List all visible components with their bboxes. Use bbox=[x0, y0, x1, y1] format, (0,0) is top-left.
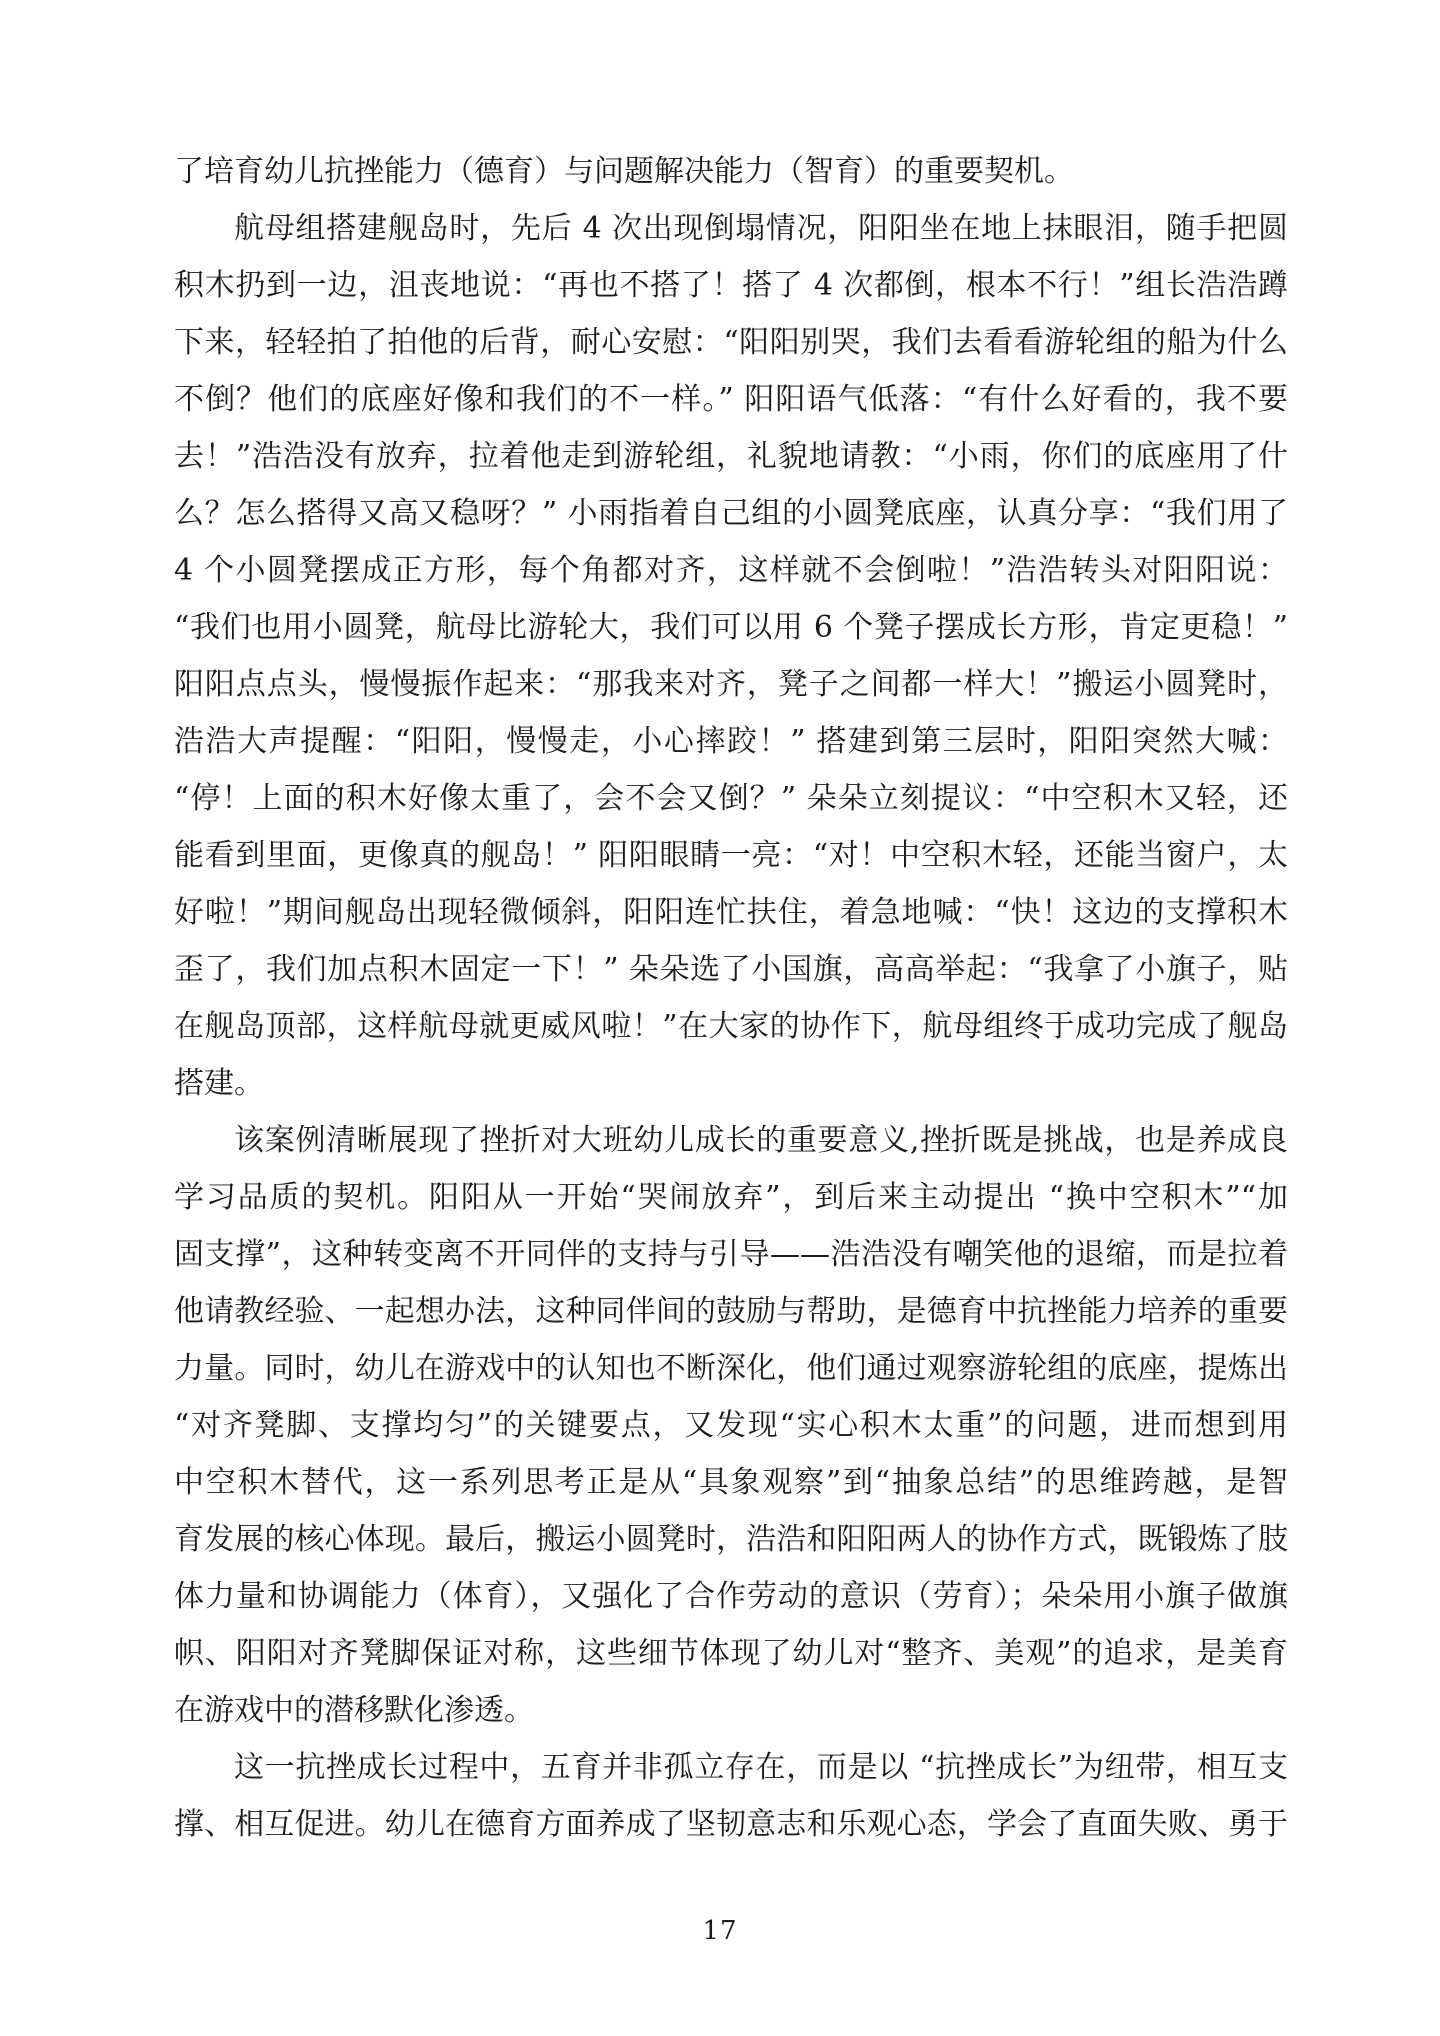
document-body: 了培育幼儿抗挫能力（德育）与问题解决能力（智育）的重要契机。航母组搭建舰岛时，先… bbox=[174, 143, 1288, 1853]
text-line: 该案例清晰展现了挫折对大班幼儿成长的重要意义,挫折既是挑战，也是养成良好 bbox=[174, 1112, 1288, 1169]
paragraph: 这一抗挫成长过程中，五育并非孤立存在，而是以 “抗挫成长”为纽带，相互支撑、相互… bbox=[174, 1739, 1288, 1853]
text-line: 浩浩大声提醒：“阳阳，慢慢走，小心摔跤！” 搭建到第三层时，阳阳突然大喊： bbox=[174, 713, 1288, 770]
text-line: 体力量和协调能力（体育），又强化了合作劳动的意识（劳育）；朵朵用小旗子做旗 bbox=[174, 1568, 1288, 1625]
text-line: 能看到里面，更像真的舰岛！” 阳阳眼睛一亮：“对！中空积木轻，还能当窗户，太 bbox=[174, 827, 1288, 884]
text-line: 在舰岛顶部，这样航母就更威风啦！”在大家的协作下，航母组终于成功完成了舰岛 bbox=[174, 998, 1288, 1055]
text-line: 学习品质的契机。阳阳从一开始“哭闹放弃”，到后来主动提出 “换中空积木”“加 bbox=[174, 1169, 1288, 1226]
text-line: “对齐凳脚、支撑均匀”的关键要点，又发现“实心积木太重”的问题，进而想到用 bbox=[174, 1397, 1288, 1454]
text-line: 他请教经验、一起想办法，这种同伴间的鼓励与帮助，是德育中抗挫能力培养的重要 bbox=[174, 1283, 1288, 1340]
text-line: 了培育幼儿抗挫能力（德育）与问题解决能力（智育）的重要契机。 bbox=[174, 143, 1288, 200]
text-line: 4 个小圆凳摆成正方形，每个角都对齐，这样就不会倒啦！”浩浩转头对阳阳说： bbox=[174, 542, 1288, 599]
text-line: 下来，轻轻拍了拍他的后背，耐心安慰：“阳阳别哭，我们去看看游轮组的船为什么 bbox=[174, 314, 1288, 371]
text-line: 好啦！”期间舰岛出现轻微倾斜，阳阳连忙扶住，着急地喊：“快！这边的支撑积木 bbox=[174, 884, 1288, 941]
text-line: 搭建。 bbox=[174, 1055, 1288, 1112]
text-line: 积木扔到一边，沮丧地说：“再也不搭了！搭了 4 次都倒，根本不行！”组长浩浩蹲 bbox=[174, 257, 1288, 314]
text-line: 歪了，我们加点积木固定一下！” 朵朵选了小国旗，高高举起：“我拿了小旗子，贴 bbox=[174, 941, 1288, 998]
text-line: 力量。同时，幼儿在游戏中的认知也不断深化，他们通过观察游轮组的底座，提炼出 bbox=[174, 1340, 1288, 1397]
document-page: 了培育幼儿抗挫能力（德育）与问题解决能力（智育）的重要契机。航母组搭建舰岛时，先… bbox=[0, 0, 1440, 2036]
text-line: 固支撑”，这种转变离不开同伴的支持与引导——浩浩没有嘲笑他的退缩，而是拉着 bbox=[174, 1226, 1288, 1283]
text-line: 在游戏中的潜移默化渗透。 bbox=[174, 1682, 1288, 1739]
text-line: 不倒？他们的底座好像和我们的不一样。” 阳阳语气低落：“有什么好看的，我不要 bbox=[174, 371, 1288, 428]
text-line: 育发展的核心体现。最后，搬运小圆凳时，浩浩和阳阳两人的协作方式，既锻炼了肢 bbox=[174, 1511, 1288, 1568]
text-line: 这一抗挫成长过程中，五育并非孤立存在，而是以 “抗挫成长”为纽带，相互支 bbox=[174, 1739, 1288, 1796]
paragraph: 航母组搭建舰岛时，先后 4 次出现倒塌情况，阳阳坐在地上抹眼泪，随手把圆柱积木扔… bbox=[174, 200, 1288, 1112]
text-line: 帜、阳阳对齐凳脚保证对称，这些细节体现了幼儿对“整齐、美观”的追求，是美育 bbox=[174, 1625, 1288, 1682]
paragraph: 该案例清晰展现了挫折对大班幼儿成长的重要意义,挫折既是挑战，也是养成良好学习品质… bbox=[174, 1112, 1288, 1739]
text-line: 去！”浩浩没有放弃，拉着他走到游轮组，礼貌地请教：“小雨，你们的底座用了什 bbox=[174, 428, 1288, 485]
text-line: 么？怎么搭得又高又稳呀？” 小雨指着自己组的小圆凳底座，认真分享：“我们用了 bbox=[174, 485, 1288, 542]
text-line: “停！上面的积木好像太重了，会不会又倒？” 朵朵立刻提议：“中空积木又轻，还 bbox=[174, 770, 1288, 827]
page-footer: 17 bbox=[0, 1916, 1440, 1946]
page-number: 17 bbox=[702, 1916, 737, 1946]
paragraph: 了培育幼儿抗挫能力（德育）与问题解决能力（智育）的重要契机。 bbox=[174, 143, 1288, 200]
text-line: 阳阳点点头，慢慢振作起来：“那我来对齐，凳子之间都一样大！”搬运小圆凳时， bbox=[174, 656, 1288, 713]
text-line: 撑、相互促进。幼儿在德育方面养成了坚韧意志和乐观心态，学会了直面失败、勇于 bbox=[174, 1796, 1288, 1853]
text-line: 中空积木替代，这一系列思考正是从“具象观察”到“抽象总结”的思维跨越，是智 bbox=[174, 1454, 1288, 1511]
text-line: “我们也用小圆凳，航母比游轮大，我们可以用 6 个凳子摆成长方形，肯定更稳！” bbox=[174, 599, 1288, 656]
text-line: 航母组搭建舰岛时，先后 4 次出现倒塌情况，阳阳坐在地上抹眼泪，随手把圆柱 bbox=[174, 200, 1288, 257]
